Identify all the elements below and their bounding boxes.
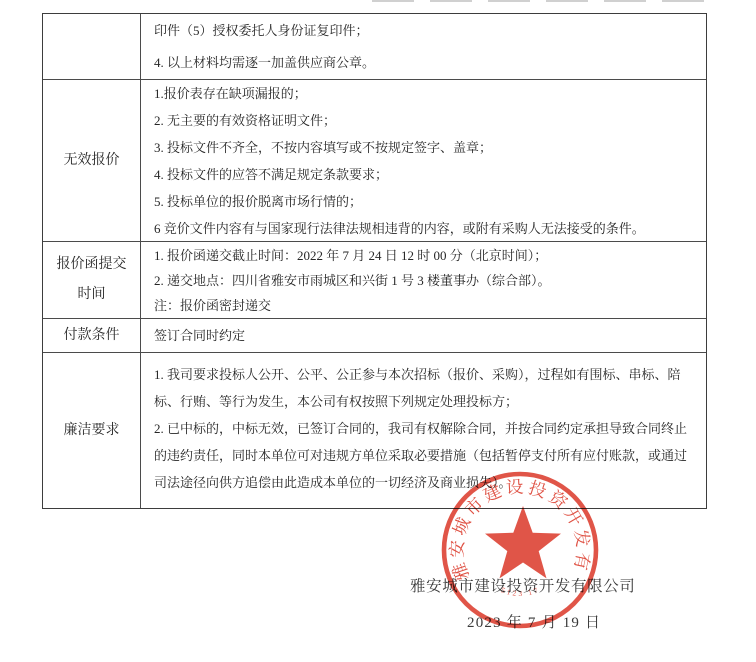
table-row-submission-time: 报价函提交 时间 1. 报价函递交截止时间：2022 年 7 月 24 日 12… [43, 242, 706, 319]
row-label: 付款条件 [43, 319, 141, 352]
table-row-continuation: 印件（5）授权委托人身份证复印件； 4. 以上材料均需逐一加盖供应商公章。 [43, 14, 706, 80]
scan-artifact-line [372, 0, 708, 2]
seal-star-icon [485, 506, 561, 578]
row-label [43, 14, 141, 79]
row-label: 无效报价 [43, 80, 141, 241]
requirements-table: 印件（5）授权委托人身份证复印件； 4. 以上材料均需逐一加盖供应商公章。 无效… [42, 13, 707, 509]
row-label: 报价函提交 时间 [43, 242, 141, 318]
row-content: 1. 报价函递交截止时间：2022 年 7 月 24 日 12 时 00 分（北… [141, 242, 706, 318]
row-content: 签订合同时约定 [141, 319, 706, 352]
row-content: 1. 我司要求投标人公开、公平、公正参与本次招标（报价、采购），过程如有围标、串… [141, 353, 706, 508]
table-row-invalid-bid: 无效报价 1.报价表存在缺项漏报的； 2. 无主要的有效资格证明文件； 3. 投… [43, 80, 706, 242]
table-row-integrity-requirements: 廉洁要求 1. 我司要求投标人公开、公平、公正参与本次招标（报价、采购），过程如… [43, 353, 706, 508]
signature-date: 2023 年 7 月 19 日 [467, 611, 601, 632]
row-label: 廉洁要求 [43, 353, 141, 508]
row-content: 1.报价表存在缺项漏报的； 2. 无主要的有效资格证明文件； 3. 投标文件不齐… [141, 80, 706, 241]
row-content: 印件（5）授权委托人身份证复印件； 4. 以上材料均需逐一加盖供应商公章。 [141, 14, 706, 79]
document-page: 印件（5）授权委托人身份证复印件； 4. 以上材料均需逐一加盖供应商公章。 无效… [0, 0, 756, 662]
signature-company-name: 雅安城市建设投资开发有限公司 [410, 574, 635, 596]
table-row-payment-terms: 付款条件 签订合同时约定 [43, 319, 706, 353]
